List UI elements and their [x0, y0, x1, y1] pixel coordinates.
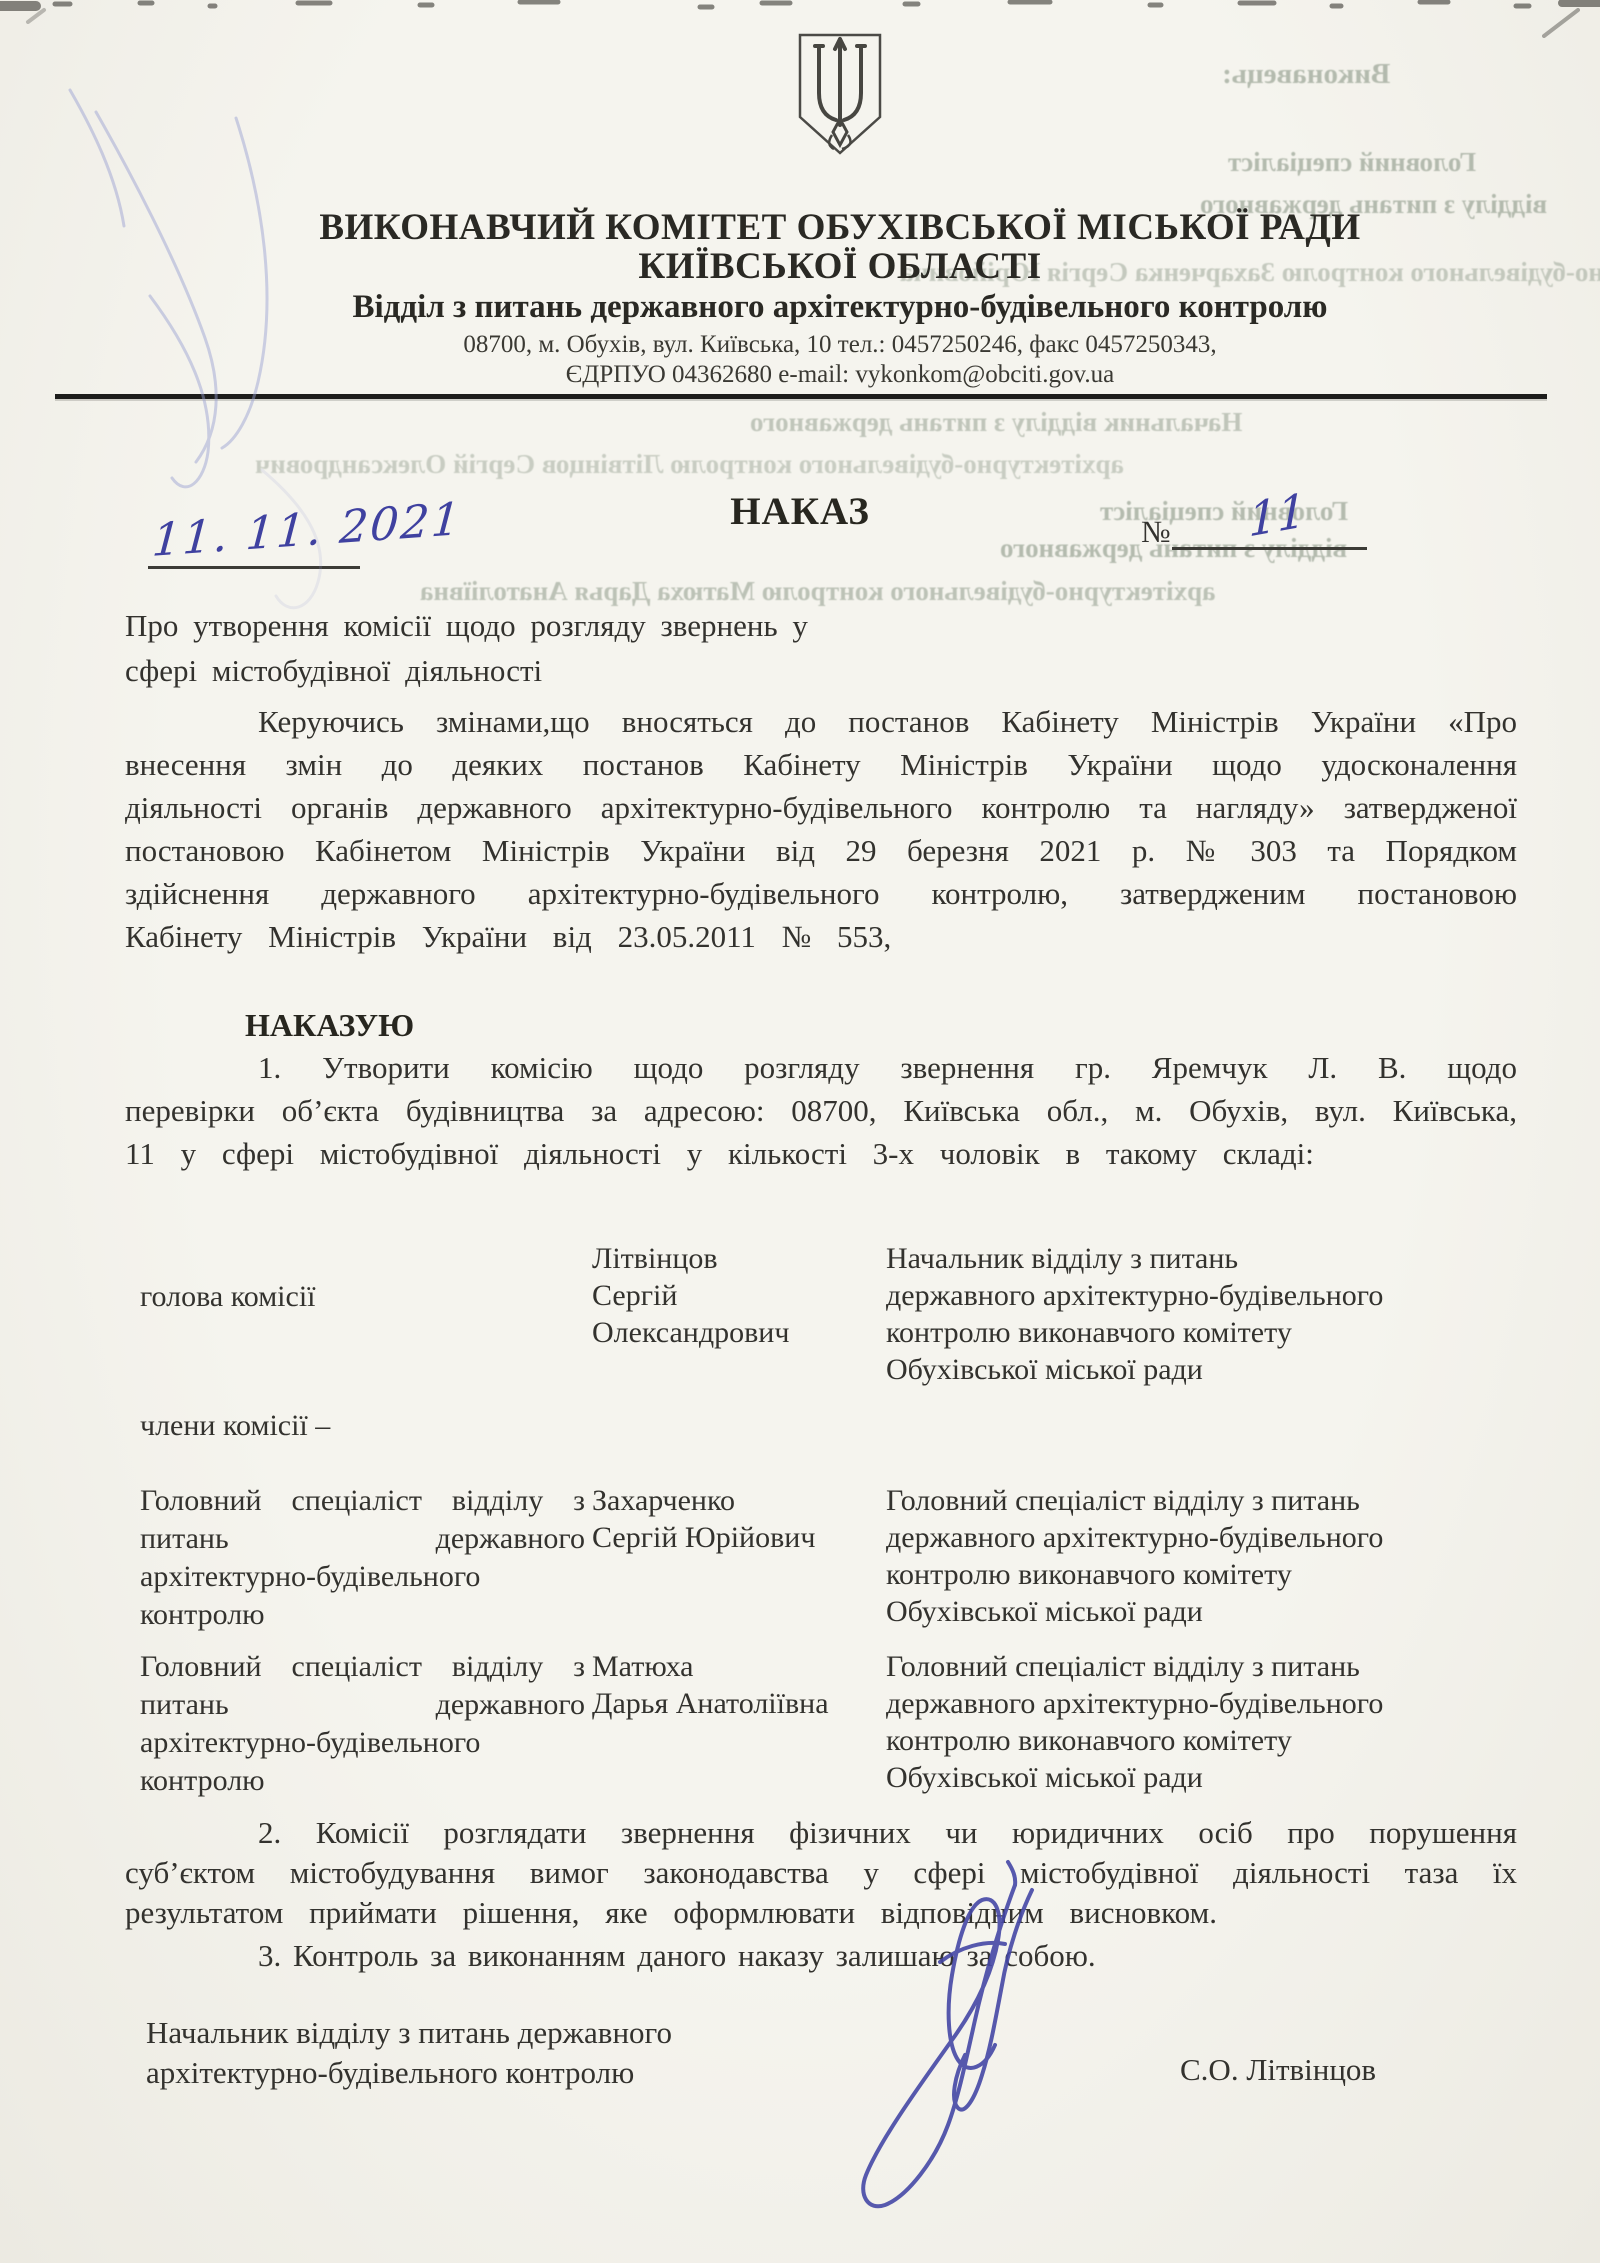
commission-name: Літвінцов Сергій Олександрович — [592, 1240, 877, 1351]
header-divider — [55, 394, 1547, 399]
commission-position: Начальник відділу з питань державного ар… — [886, 1240, 1451, 1388]
order-subject: Про утворення комісії щодо розгляду звер… — [125, 603, 925, 693]
order-item-2: 2. Комісії розглядати звернення фізичних… — [125, 1813, 1517, 1933]
registry-email-line: ЄДРПУО 04362680 e-mail: vykonkom@obciti.… — [80, 361, 1600, 389]
commission-position: Головний спеціаліст відділу з питань дер… — [886, 1648, 1451, 1796]
order-preamble: Керуючись змінами,що вносяться до постан… — [125, 700, 1517, 958]
bleed-through-line: Начальник відділу з питань державного — [750, 407, 1242, 438]
date-underline — [148, 566, 360, 569]
number-label: № — [1141, 514, 1171, 550]
handwritten-number: 11 — [1248, 483, 1306, 548]
order-item-3: 3. Контроль за виконанням даного наказу … — [125, 1934, 1517, 1977]
decree-word: НАКАЗУЮ — [245, 1007, 414, 1044]
commission-role: голова комісії — [140, 1240, 585, 1315]
members-label: члени комісії – — [140, 1409, 330, 1443]
scan-noise — [0, 2, 1600, 36]
org-name-line2: КИЇВСЬКОЇ ОБЛАСТІ — [80, 245, 1600, 288]
commission-name: Захарченко Сергій Юрійович — [592, 1482, 877, 1556]
bleed-through-executor-label: Виконавець: — [1222, 58, 1390, 91]
commission-position: Головний спеціаліст відділу з питань дер… — [886, 1482, 1451, 1630]
order-item-1: 1. Утворити комісію щодо розгляду зверне… — [125, 1046, 1517, 1175]
department-name: Відділ з питань державного архітектурно-… — [80, 289, 1600, 326]
bleed-through-line: архітектурно-будівельного контролю Літві… — [255, 449, 1124, 480]
trident-emblem — [795, 33, 885, 157]
commission-name: Матюха Дарья Анатоліївна — [592, 1648, 877, 1722]
address-line: 08700, м. Обухів, вул. Київська, 10 тел.… — [80, 331, 1600, 359]
org-name-line1: ВИКОНАВЧИЙ КОМІТЕТ ОБУХІВСЬКОЇ МІСЬКОЇ Р… — [80, 206, 1600, 249]
scanned-order-document: Виконавець: Головний спеціаліст відділу … — [0, 0, 1600, 2263]
commission-role: Головний спеціаліст відділу з питань дер… — [140, 1482, 585, 1634]
bleed-through-line: Головний спеціаліст — [1228, 147, 1476, 178]
commission-role: Головний спеціаліст відділу з питань дер… — [140, 1648, 585, 1800]
signatory-name: С.О. Літвінцов — [1180, 2052, 1376, 2088]
number-underline — [1172, 547, 1367, 550]
signatory-position: Начальник відділу з питань державного ар… — [146, 2013, 672, 2093]
